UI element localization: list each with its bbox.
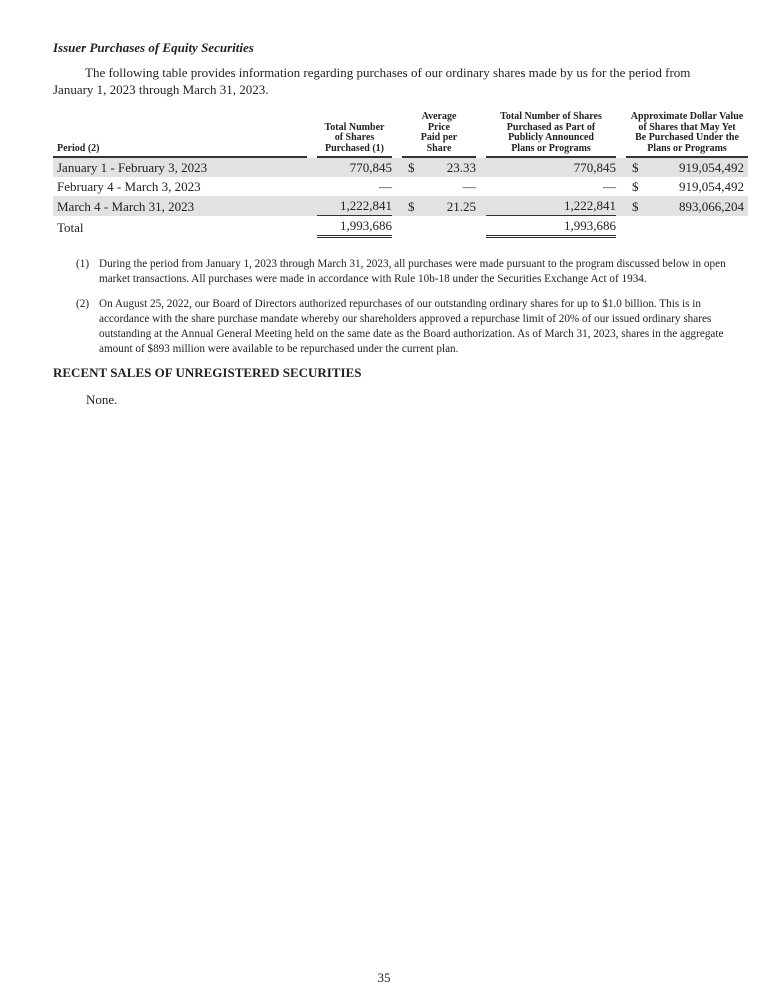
footnote-1: (1) During the period from January 1, 20… — [76, 257, 726, 287]
table-header-row: Period (2) Total Number of Shares Purcha… — [53, 112, 748, 158]
table-row: March 4 - March 31, 2023 1,222,841 $ 21.… — [53, 196, 748, 216]
header-total-shares: Total Number of Shares Purchased (1) — [317, 112, 392, 158]
table-row: February 4 - March 3, 2023 — — — $ 919,0… — [53, 177, 748, 196]
page-number: 35 — [0, 970, 768, 986]
footnote-2: (2) On August 25, 2022, our Board of Dir… — [76, 297, 726, 357]
header-period: Period (2) — [53, 112, 307, 158]
recent-sales-heading: RECENT SALES OF UNREGISTERED SECURITIES — [53, 365, 361, 381]
table-row: January 1 - February 3, 2023 770,845 $ 2… — [53, 158, 748, 177]
header-program-shares: Total Number of Shares Purchased as Part… — [486, 112, 616, 158]
footnotes: (1) During the period from January 1, 20… — [76, 257, 726, 367]
recent-sales-text: None. — [86, 392, 117, 408]
section-title: Issuer Purchases of Equity Securities — [53, 40, 254, 56]
intro-paragraph: The following table provides information… — [53, 64, 723, 98]
header-remaining-value: Approximate Dollar Value of Shares that … — [626, 112, 748, 158]
table-total-row: Total 1,993,686 1,993,686 — [53, 216, 748, 238]
header-avg-price: Average Price Paid per Share — [402, 112, 476, 158]
share-repurchase-table: Period (2) Total Number of Shares Purcha… — [53, 112, 748, 238]
